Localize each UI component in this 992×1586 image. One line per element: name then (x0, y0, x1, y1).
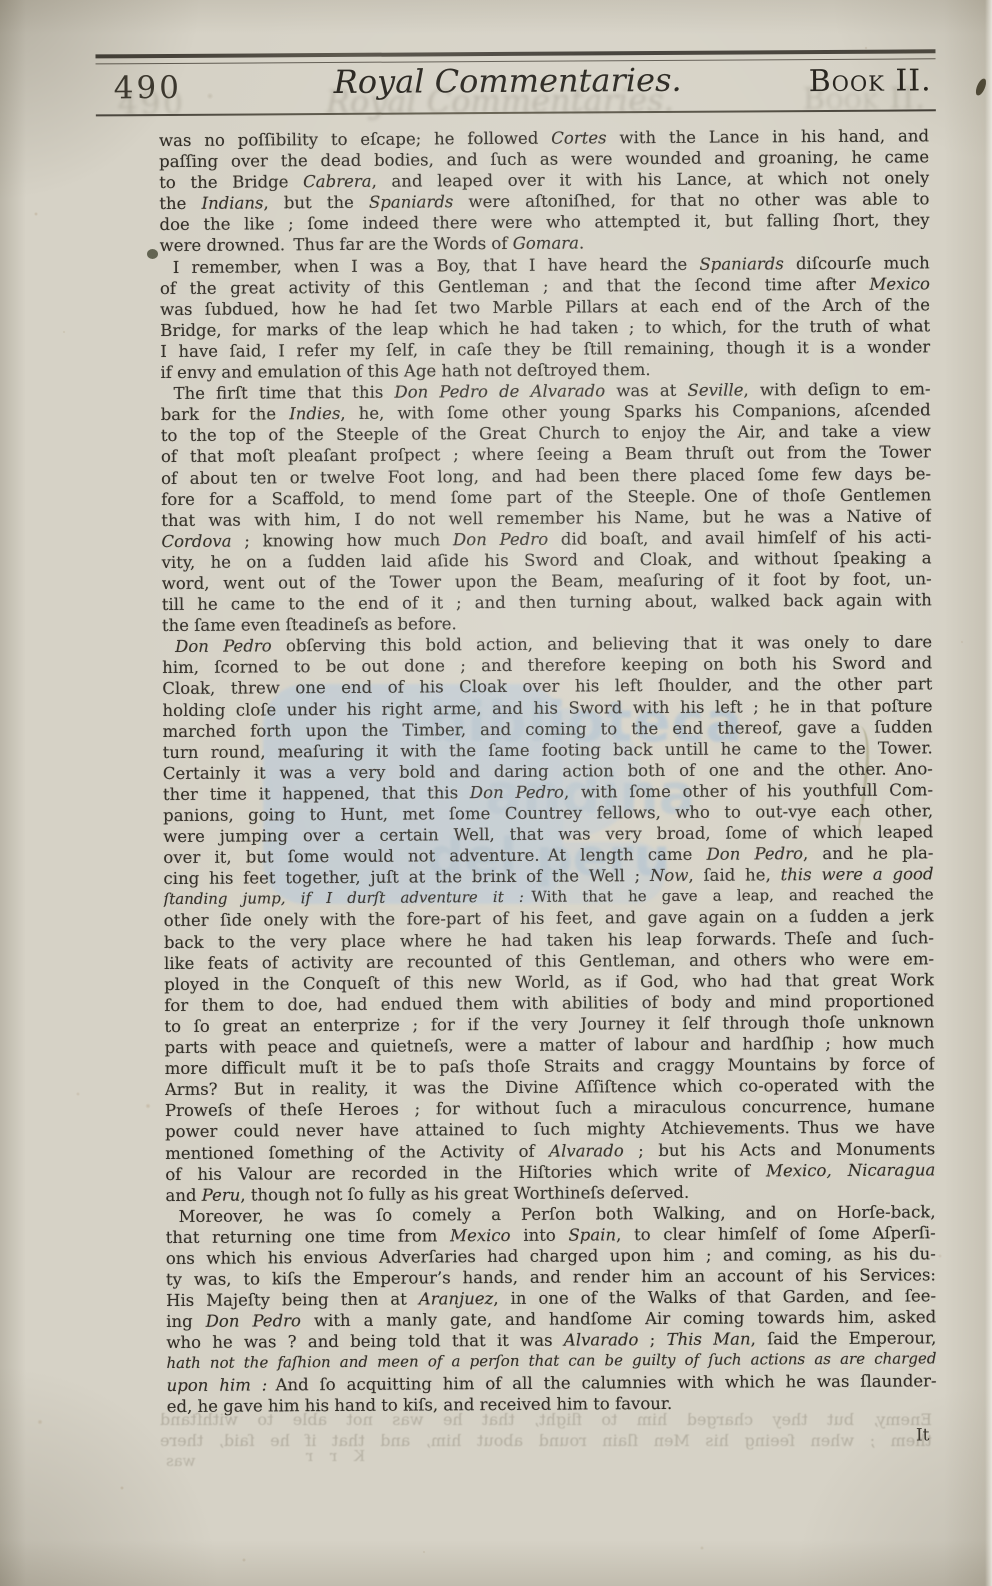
text-line: ed, he gave him his hand to kiſs, and re… (167, 1391, 937, 1417)
book-label: Book II. (809, 63, 932, 99)
header-rule-top-thick (95, 49, 935, 58)
paragraph: The firſt time that this Don Pedro de Al… (160, 378, 932, 636)
book-page-scan: biblioteca andina del peru 490 Royal Com… (0, 0, 992, 1586)
printed-sheet: 490 Royal Commentaries. Book II. “was no… (0, 0, 992, 1586)
paragraph: “was no poſſibility to eſcape; he follow… (159, 125, 930, 256)
running-title: Royal Commentaries. (334, 61, 682, 101)
catchword: It (916, 1425, 930, 1445)
ink-blot (147, 249, 158, 259)
paragraph: Moreover, he was ſo comely a Perſon both… (166, 1201, 937, 1417)
paragraph: I remember, when I was a Boy, that I hav… (160, 252, 931, 383)
paragraph: Don Pedro obſerving this bold action, an… (162, 632, 935, 1206)
header-rule-bottom (96, 109, 936, 116)
page-body: “was no poſſibility to eſcape; he follow… (159, 125, 937, 1416)
page-number: 490 (114, 70, 182, 106)
